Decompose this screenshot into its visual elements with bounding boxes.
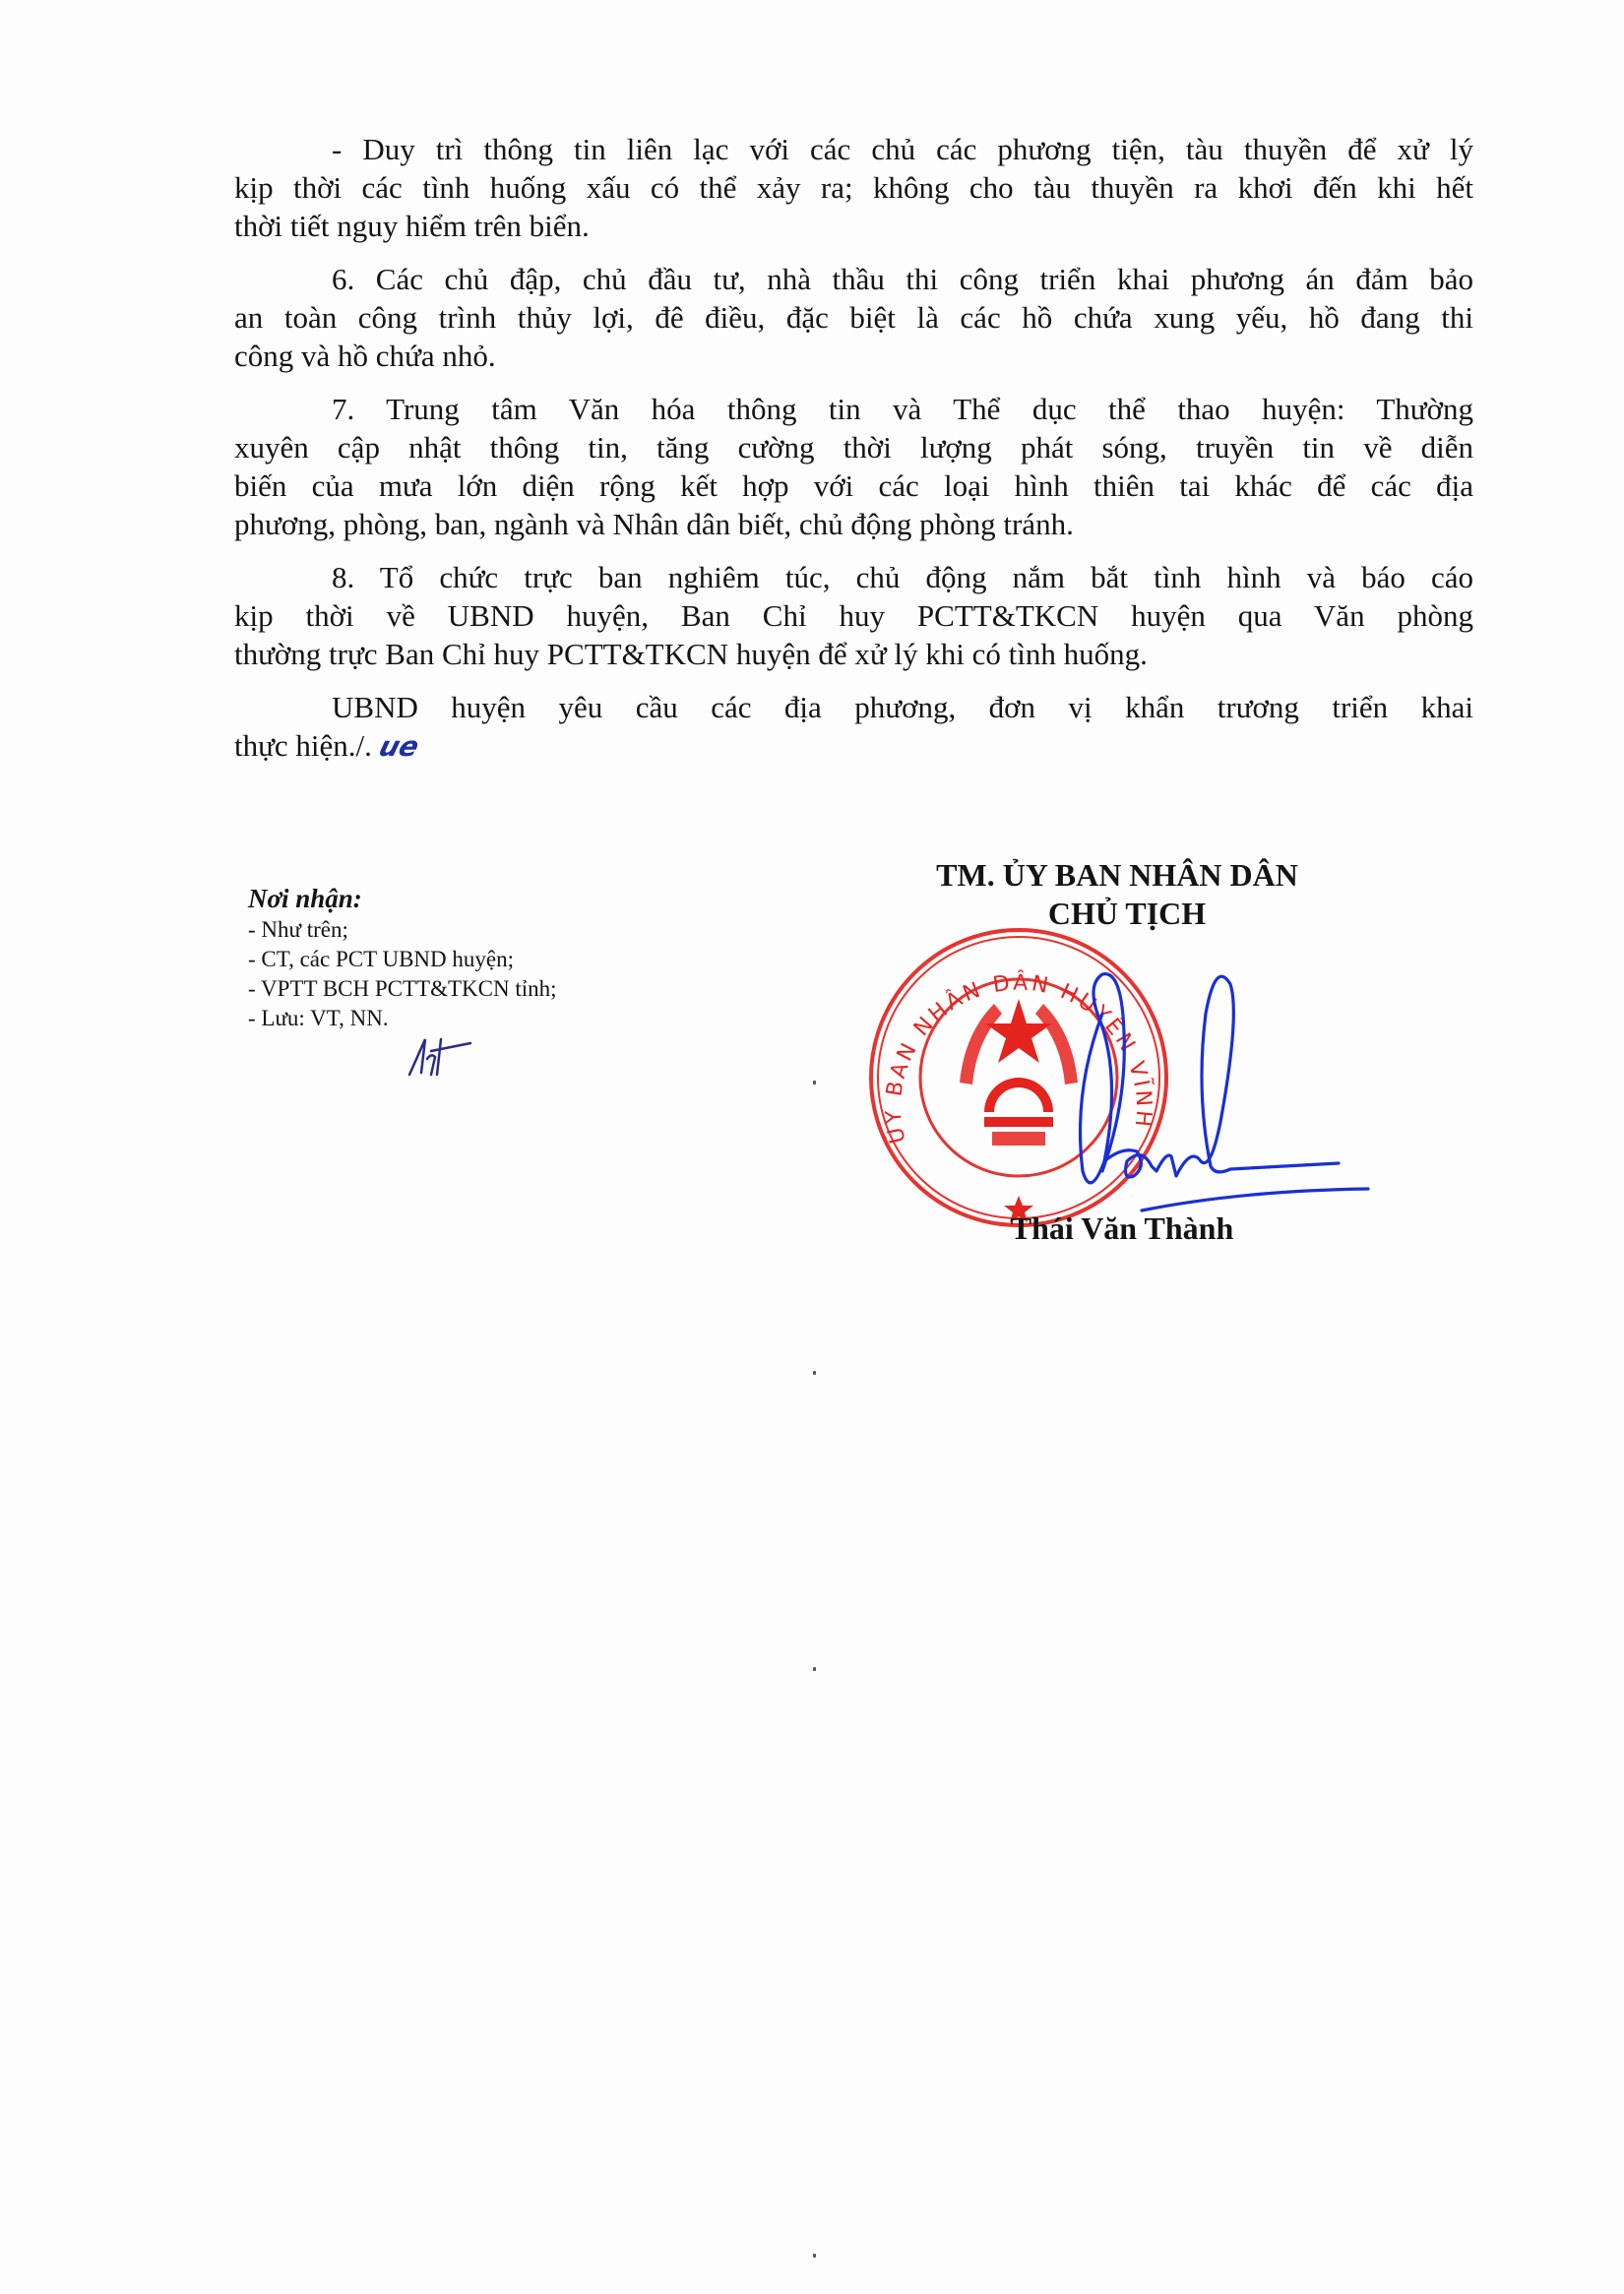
- text-line: kịp thời về UBND huyện, Ban Chỉ huy PCTT…: [234, 596, 1473, 635]
- signer-name: Thái Văn Thành: [965, 1209, 1280, 1248]
- scan-speck: [813, 2254, 816, 2258]
- text-line: 7. Trung tâm Văn hóa thông tin và Thể dụ…: [234, 390, 1473, 428]
- text-line: kịp thời các tình huống xấu có thể xảy r…: [234, 168, 1473, 207]
- text-line: xuyên cập nhật thông tin, tăng cường thờ…: [234, 428, 1473, 466]
- paragraph-duy-tri: - Duy trì thông tin liên lạc với các chủ…: [234, 130, 1473, 245]
- text-line: 8. Tổ chức trực ban nghiêm túc, chủ động…: [234, 558, 1473, 596]
- handwritten-initials-icon: [402, 1029, 480, 1079]
- scan-speck: [813, 1081, 816, 1085]
- text-line: công và hồ chứa nhỏ.: [234, 337, 1473, 375]
- text-line: thời tiết nguy hiểm trên biển.: [234, 207, 1473, 245]
- handwritten-signature-icon: [1043, 955, 1378, 1230]
- recipient-item: - VPTT BCH PCTT&TKCN tỉnh;: [248, 974, 557, 1004]
- text-line: an toàn công trình thủy lợi, đê điều, đặ…: [234, 298, 1473, 337]
- scan-speck: [813, 1371, 816, 1375]
- text-line: thường trực Ban Chỉ huy PCTT&TKCN huyện …: [234, 635, 1473, 673]
- text-line: UBND huyện yêu cầu các địa phương, đơn v…: [234, 688, 1473, 726]
- text-line: thực hiện./.ue: [234, 726, 1473, 765]
- signature-block: TM. ỦY BAN NHÂN DÂN CHỦ TỊCH: [866, 856, 1368, 933]
- text-line: 6. Các chủ đập, chủ đầu tư, nhà thầu thi…: [234, 260, 1473, 298]
- text-line: phương, phòng, ban, ngành và Nhân dân bi…: [234, 505, 1473, 543]
- text-line: - Duy trì thông tin liên lạc với các chủ…: [234, 130, 1473, 168]
- paragraph-item-6: 6. Các chủ đập, chủ đầu tư, nhà thầu thi…: [234, 260, 1473, 375]
- text-line: biến của mưa lớn diện rộng kết hợp với c…: [234, 466, 1473, 505]
- document-body: - Duy trì thông tin liên lạc với các chủ…: [234, 130, 1473, 779]
- paragraph-closing: UBND huyện yêu cầu các địa phương, đơn v…: [234, 688, 1473, 765]
- recipients-block: Nơi nhận: - Như trên; - CT, các PCT UBND…: [248, 882, 557, 1033]
- recipient-item: - CT, các PCT UBND huyện;: [248, 945, 557, 974]
- paragraph-item-7: 7. Trung tâm Văn hóa thông tin và Thể dụ…: [234, 390, 1473, 543]
- scan-speck: [813, 1667, 816, 1671]
- handwritten-initials: ue: [375, 727, 423, 766]
- recipient-item: - Như trên;: [248, 915, 557, 945]
- recipients-heading: Nơi nhận:: [248, 882, 557, 915]
- paragraph-item-8: 8. Tổ chức trực ban nghiêm túc, chủ động…: [234, 558, 1473, 673]
- signature-org: TM. ỦY BAN NHÂN DÂN: [866, 856, 1368, 894]
- closing-text: thực hiện./.: [234, 728, 372, 763]
